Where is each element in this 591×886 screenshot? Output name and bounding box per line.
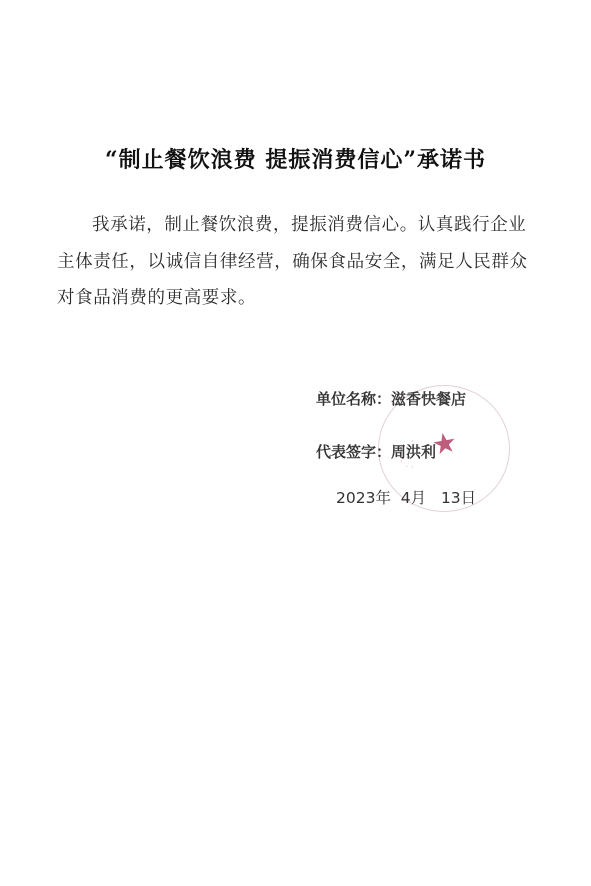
signing-date: 2023年 4月 13日: [336, 486, 476, 508]
unit-name-label: 单位名称：: [316, 390, 391, 408]
representative-signature: 周洪利: [391, 443, 436, 461]
unit-name-line: 单位名称：滋香快餐店: [316, 388, 466, 409]
representative-label: 代表签字：: [316, 443, 391, 461]
pledge-paragraph: 我承诺，制止餐饮浪费，提振消费信心。认真践行企业主体责任，以诚信自律经营，确保食…: [57, 207, 537, 317]
document-title: “制止餐饮浪费 提振消费信心”承诺书: [0, 143, 591, 174]
unit-name-value: 滋香快餐店: [391, 390, 466, 408]
representative-signature-line: 代表签字：周洪利: [316, 441, 436, 462]
